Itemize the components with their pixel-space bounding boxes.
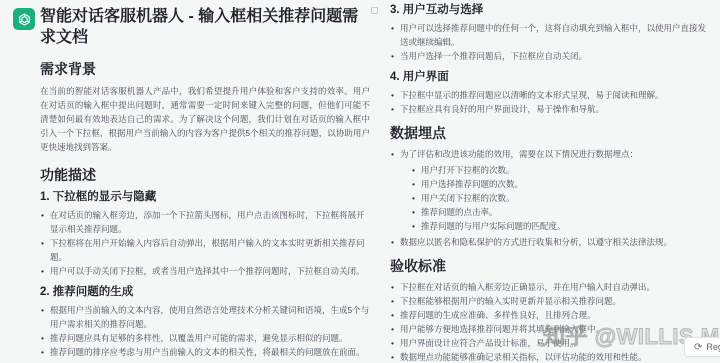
bullet-item: 推荐问题的点击率。 — [411, 205, 714, 219]
left-column: 智能对话客服机器人 - 输入框相关推荐问题需求文档 需求背景 在当前的智能对话客… — [40, 0, 370, 361]
bullet-item: 用户可以手动关闭下拉框，或者当用户选择其中一个推荐问题时，下拉框自动关闭。 — [40, 264, 370, 278]
regenerate-button[interactable]: ⟳ Regene — [684, 337, 720, 357]
subsection-heading-user-interaction: 3. 用户互动与选择 — [390, 4, 714, 17]
tracking-outro-list: 数据应以匿名和隐私保护的方式进行收集和分析，以遵守相关法律法规。 — [390, 235, 714, 249]
bullet-item: 用户选择推荐问题的次数。 — [411, 177, 714, 191]
bullet-item: 当用户选择一个推荐问题后，下拉框应自动关闭。 — [390, 49, 714, 63]
page-title: 智能对话客服机器人 - 输入框相关推荐问题需求文档 — [40, 6, 370, 48]
bullet-item: 在对话页的输入框旁边，添加一个下拉箭头图标，用户点击该图标时，下拉框将展开显示相… — [40, 208, 370, 236]
bullet-item: 推荐问题应具有足够的多样性，以覆盖用户可能的需求，避免显示相似的问题。 — [40, 331, 370, 345]
openai-logo-icon — [13, 8, 35, 30]
acceptance-list: 下拉框在对话页的输入框旁边正确显示，并在用户输入时自动弹出。 下拉框能够根据用户… — [390, 280, 714, 363]
bullet-item: 下拉框在对话页的输入框旁边正确显示，并在用户输入时自动弹出。 — [390, 280, 714, 294]
tracking-list: 为了评估和改进该功能的效用，需要在以下情况进行数据埋点： — [390, 147, 714, 161]
section-heading-background: 需求背景 — [40, 61, 370, 77]
section-heading-acceptance: 验收标准 — [390, 258, 714, 274]
bullet-item: 为了评估和改进该功能的效用，需要在以下情况进行数据埋点： — [390, 147, 714, 161]
regenerate-icon: ⟳ — [694, 342, 702, 353]
tracking-metrics-list: 用户打开下拉框的次数。 用户选择推荐问题的次数。 用户关闭下拉框的次数。 推荐问… — [411, 163, 714, 233]
bullet-item: 推荐问题的与用户实际问题的匹配度。 — [411, 219, 714, 233]
user-interface-list: 下拉框中显示的推荐问题应以清晰的文本形式呈现，易于阅读和理解。 下拉框应具有良好… — [390, 88, 714, 116]
dropdown-visibility-list: 在对话页的输入框旁边，添加一个下拉箭头图标，用户点击该图标时，下拉框将展开显示相… — [40, 208, 370, 278]
bullet-item: 下拉框应具有良好的用户界面设计，易于操作和导航。 — [390, 102, 714, 116]
subsection-heading-question-generation: 2. 推荐问题的生成 — [40, 286, 370, 299]
bullet-item: 下拉框能够根据用户的输入实时更新并显示相关推荐问题。 — [390, 294, 714, 308]
bullet-item: 数据应以匿名和隐私保护的方式进行收集和分析，以遵守相关法律法规。 — [390, 235, 714, 249]
bullet-item: 用户界面设计应符合产品设计标准，易于使用。 — [390, 336, 714, 350]
bullet-item: 用户关闭下拉框的次数。 — [411, 191, 714, 205]
section-heading-features: 功能描述 — [40, 167, 370, 183]
bullet-item: 用户可以选择推荐问题中的任何一个，这将自动填充到输入框中，以使用户直接发送或继续… — [390, 21, 714, 49]
user-interaction-list: 用户可以选择推荐问题中的任何一个，这将自动填充到输入框中，以使用户直接发送或继续… — [390, 21, 714, 63]
bullet-item: 数据埋点功能能够准确记录相关指标，以评估功能的效用和性能。 — [390, 350, 714, 363]
bullet-item: 推荐问题的生成应准确、多样性良好，且排列合理。 — [390, 308, 714, 322]
background-paragraph: 在当前的智能对话客服机器人产品中，我们希望提升用户体验和客户支持的效率。用户在对… — [40, 84, 370, 154]
bullet-item: 下拉框将在用户开始输入内容后自动弹出，根据用户输入的文本实时更新相关推荐问题。 — [40, 236, 370, 264]
bullet-item: 根据用户当前输入的文本内容，使用自然语言处理技术分析关键词和语境，生成5个与用户… — [40, 303, 370, 331]
right-column: 3. 用户互动与选择 用户可以选择推荐问题中的任何一个，这将自动填充到输入框中，… — [390, 0, 714, 363]
document-page: 智能对话客服机器人 - 输入框相关推荐问题需求文档 需求背景 在当前的智能对话客… — [0, 0, 720, 363]
bullet-item: 用户打开下拉框的次数。 — [411, 163, 714, 177]
question-generation-list: 根据用户当前输入的文本内容，使用自然语言处理技术分析关键词和语境，生成5个与用户… — [40, 303, 370, 359]
subsection-heading-user-interface: 4. 用户界面 — [390, 71, 714, 84]
regenerate-label: Regene — [706, 342, 720, 352]
section-heading-tracking: 数据埋点 — [390, 125, 714, 141]
bullet-item: 推荐问题的排序应考虑与用户当前输入的文本的相关性，将最相关的问题放在前面。 — [40, 345, 370, 359]
bullet-item: 用户能够方便地选择推荐问题并将其填充到输入框中。 — [390, 322, 714, 336]
square-outline-icon — [371, 7, 378, 14]
bullet-item: 下拉框中显示的推荐问题应以清晰的文本形式呈现，易于阅读和理解。 — [390, 88, 714, 102]
subsection-heading-dropdown-visibility: 1. 下拉框的显示与隐藏 — [40, 191, 370, 204]
